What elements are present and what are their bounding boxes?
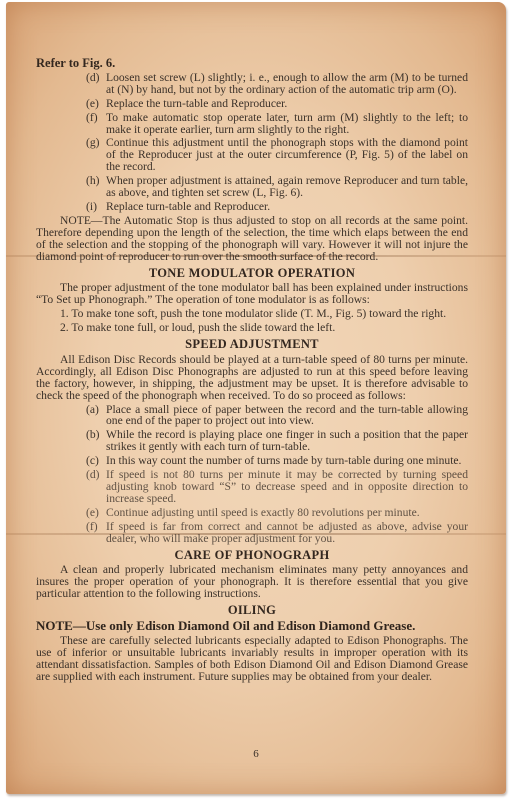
automatic-stop-note: NOTE—The Automatic Stop is thus adjusted…	[36, 215, 468, 263]
oiling-heading: OILING	[36, 605, 468, 617]
oiling-text: These are carefully selected lubricants …	[36, 635, 468, 683]
item-text: Replace the turn-table and Reproducer.	[106, 98, 468, 110]
speed-adjustment-intro: All Edison Disc Records should be played…	[36, 354, 468, 402]
list-item: (e)Continue adjusting until speed is exa…	[86, 507, 468, 519]
speed-adjustment-heading: SPEED ADJUSTMENT	[36, 339, 468, 351]
item-text: In this way count the number of turns ma…	[106, 455, 468, 467]
item-label: (h)	[86, 175, 106, 199]
item-text: Loosen set screw (L) slightly; i. e., en…	[106, 72, 468, 96]
list-item: (c)In this way count the number of turns…	[86, 455, 468, 467]
item-label: (a)	[86, 404, 106, 428]
list-item: (e)Replace the turn-table and Reproducer…	[86, 98, 468, 110]
tone-step: 1. To make tone soft, push the tone modu…	[36, 308, 468, 320]
item-text: To make automatic stop operate later, tu…	[106, 112, 468, 136]
item-label: (e)	[86, 507, 106, 519]
list-item: (a)Place a small piece of paper between …	[86, 404, 468, 428]
item-text: While the record is playing place one fi…	[106, 429, 468, 453]
page-number: 6	[6, 748, 506, 760]
item-label: (f)	[86, 112, 106, 136]
care-text: A clean and properly lubricated mechanis…	[36, 564, 468, 600]
item-label: (f)	[86, 521, 106, 545]
oiling-note: NOTE—Use only Edison Diamond Oil and Edi…	[36, 620, 468, 632]
item-text: Place a small piece of paper between the…	[106, 404, 468, 428]
list-item: (g)Continue this adjustment until the ph…	[86, 137, 468, 173]
item-label: (i)	[86, 201, 106, 213]
list-item: (f)To make automatic stop operate later,…	[86, 112, 468, 136]
list-item: (d)Loosen set screw (L) slightly; i. e.,…	[86, 72, 468, 96]
item-label: (d)	[86, 72, 106, 96]
item-text: Continue this adjustment until the phono…	[106, 137, 468, 173]
item-text: Continue adjusting until speed is exactl…	[106, 507, 468, 519]
item-text: Replace turn-table and Reproducer.	[106, 201, 468, 213]
item-label: (g)	[86, 137, 106, 173]
list-item: (f)If speed is far from correct and cann…	[86, 521, 468, 545]
item-label: (c)	[86, 455, 106, 467]
list-item: (i)Replace turn-table and Reproducer.	[86, 201, 468, 213]
speed-steps: (a)Place a small piece of paper between …	[36, 404, 468, 545]
list-item: (h)When proper adjustment is attained, a…	[86, 175, 468, 199]
care-heading: CARE OF PHONOGRAPH	[36, 550, 468, 562]
document-page: Refer to Fig. 6. (d)Loosen set screw (L)…	[6, 2, 506, 794]
list-item: (b)While the record is playing place one…	[86, 429, 468, 453]
tone-modulator-intro: The proper adjustment of the tone modula…	[36, 282, 468, 306]
item-text: If speed is far from correct and cannot …	[106, 521, 468, 545]
page-content: Refer to Fig. 6. (d)Loosen set screw (L)…	[36, 58, 468, 685]
item-label: (d)	[86, 469, 106, 505]
item-text: If speed is not 80 turns per minute it m…	[106, 469, 468, 505]
automatic-stop-steps: (d)Loosen set screw (L) slightly; i. e.,…	[36, 72, 468, 213]
list-item: (d)If speed is not 80 turns per minute i…	[86, 469, 468, 505]
item-label: (b)	[86, 429, 106, 453]
tone-step: 2. To make tone full, or loud, push the …	[36, 322, 468, 334]
item-label: (e)	[86, 98, 106, 110]
refer-heading: Refer to Fig. 6.	[36, 58, 468, 70]
tone-modulator-heading: TONE MODULATOR OPERATION	[36, 268, 468, 280]
item-text: When proper adjustment is attained, agai…	[106, 175, 468, 199]
